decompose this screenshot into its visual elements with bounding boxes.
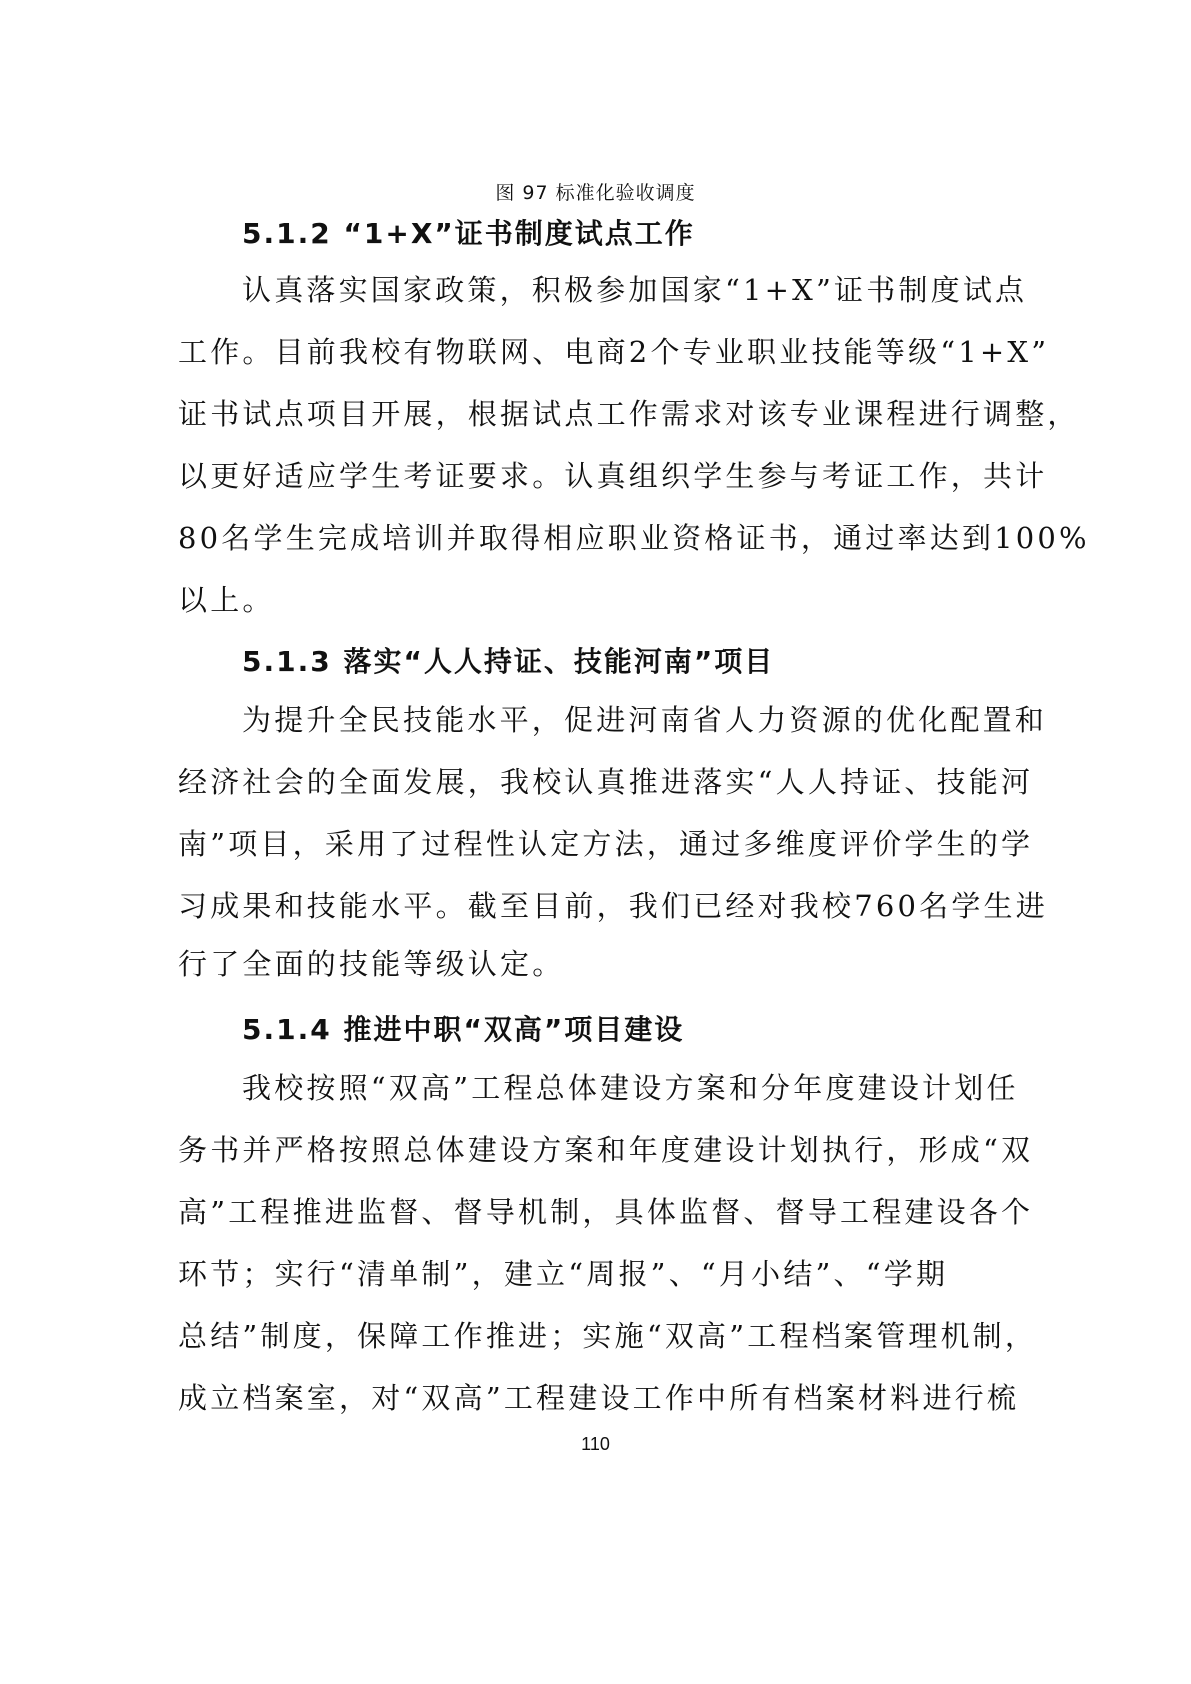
paragraph-line: 为提升全民技能水平，促进河南省人力资源的优化配置和 [242, 698, 1047, 739]
paragraph-line: 南”项目，采用了过程性认定方法，通过多维度评价学生的学 [178, 822, 1033, 863]
paragraph-line: 习成果和技能水平。截至目前，我们已经对我校760名学生进 [178, 884, 1048, 925]
paragraph-line: 环节；实行“清单制”，建立“周报”、“月小结”、“学期 [178, 1252, 948, 1293]
paragraph-line: 以上。 [178, 578, 275, 619]
paragraph-line: 务书并严格按照总体建设方案和年度建设计划执行，形成“双 [178, 1128, 1033, 1169]
paragraph-line: 经济社会的全面发展，我校认真推进落实“人人持证、技能河 [178, 760, 1033, 801]
paragraph-line: 我校按照“双高”工程总体建设方案和分年度建设计划任 [242, 1066, 1019, 1107]
section-heading-5-1-3: 5.1.3 落实“人人持证、技能河南”项目 [242, 640, 774, 680]
figure-caption: 图 97 标准化验收调度 [0, 178, 1191, 205]
paragraph-line: 工作。目前我校有物联网、电商2个专业职业技能等级“1+X” [178, 330, 1049, 371]
page-number: 110 [0, 1434, 1191, 1455]
section-heading-5-1-4: 5.1.4 推进中职“双高”项目建设 [242, 1008, 684, 1048]
paragraph-line: 行了全面的技能等级认定。 [178, 942, 564, 983]
document-page: 图 97 标准化验收调度 5.1.2 “1+X”证书制度试点工作 认真落实国家政… [0, 0, 1191, 1684]
paragraph-line: 80名学生完成培训并取得相应职业资格证书，通过率达到100% [178, 516, 1090, 557]
paragraph-line: 高”工程推进监督、督导机制，具体监督、督导工程建设各个 [178, 1190, 1033, 1231]
paragraph-line: 认真落实国家政策，积极参加国家“1+X”证书制度试点 [242, 268, 1027, 309]
paragraph-line: 证书试点项目开展，根据试点工作需求对该专业课程进行调整， [178, 392, 1080, 433]
paragraph-line: 总结”制度，保障工作推进；实施“双高”工程档案管理机制， [178, 1314, 1037, 1355]
section-heading-5-1-2: 5.1.2 “1+X”证书制度试点工作 [242, 212, 695, 252]
paragraph-line: 以更好适应学生考证要求。认真组织学生参与考证工作，共计 [178, 454, 1047, 495]
paragraph-line: 成立档案室，对“双高”工程建设工作中所有档案材料进行梳 [178, 1376, 1019, 1417]
